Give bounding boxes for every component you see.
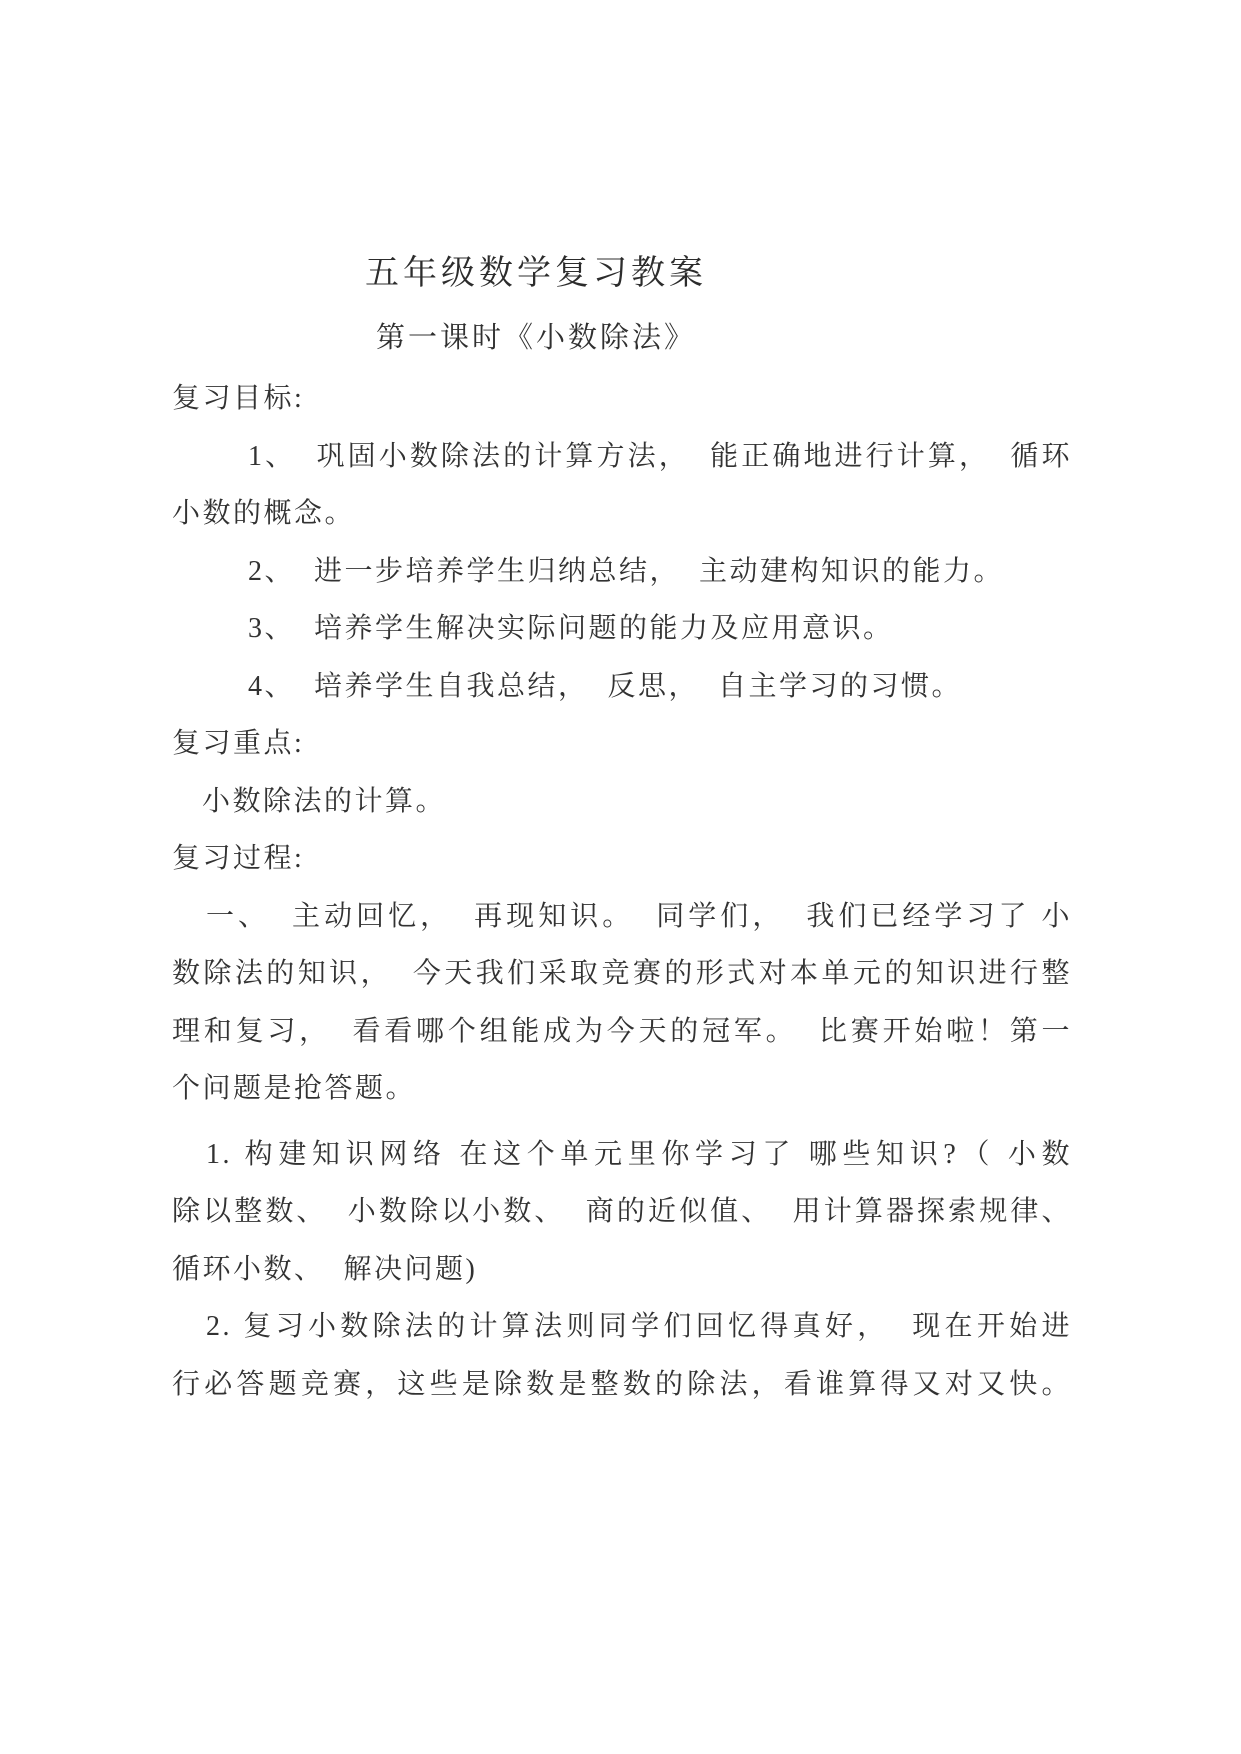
text-line: 除以整数、 小数除以小数、 商的近似值、 用计算器探索规律、 (172, 1183, 1072, 1241)
text-line: 复习重点: (172, 715, 1072, 773)
text-line: 2. 复习小数除法的计算法则同学们回忆得真好， 现在开始进 (172, 1298, 1072, 1356)
page-title: 五年级数学复习教案 (0, 252, 1072, 296)
text-line: 小数除法的计算。 (172, 773, 1072, 831)
document-page: 五年级数学复习教案 第一课时《小数除法》 复习目标:1、 巩固小数除法的计算方法… (0, 0, 1241, 1754)
text-line: 3、 培养学生解决实际问题的能力及应用意识。 (172, 600, 1072, 658)
document-body: 复习目标:1、 巩固小数除法的计算方法， 能正确地进行计算， 循环小数的概念。2… (0, 370, 1072, 1413)
text-line: 循环小数、 解决问题) (172, 1241, 1072, 1299)
text-line: 4、 培养学生自我总结， 反思， 自主学习的习惯。 (172, 658, 1072, 716)
text-line: 1. 构建知识网络 在这个单元里你学习了 哪些知识?（ 小数 (172, 1126, 1072, 1184)
text-line: 复习目标: (172, 370, 1072, 428)
text-line: 1、 巩固小数除法的计算方法， 能正确地进行计算， 循环 (172, 428, 1072, 486)
text-line: 复习过程: (172, 830, 1072, 888)
text-line: 一、 主动回忆， 再现知识。 同学们， 我们已经学习了 小 (172, 888, 1072, 946)
page-subtitle: 第一课时《小数除法》 (0, 318, 1072, 358)
text-line: 理和复习， 看看哪个组能成为今天的冠军。 比赛开始啦！第一 (172, 1003, 1072, 1061)
text-line: 小数的概念。 (172, 485, 1072, 543)
document-header: 五年级数学复习教案 第一课时《小数除法》 (0, 0, 1072, 358)
text-line: 行必答题竞赛，这些是除数是整数的除法，看谁算得又对又快。 (172, 1356, 1072, 1414)
text-line: 个问题是抢答题。 (172, 1060, 1072, 1118)
text-line: 2、 进一步培养学生归纳总结， 主动建构知识的能力。 (172, 543, 1072, 601)
text-line: 数除法的知识， 今天我们采取竞赛的形式对本单元的知识进行整 (172, 945, 1072, 1003)
